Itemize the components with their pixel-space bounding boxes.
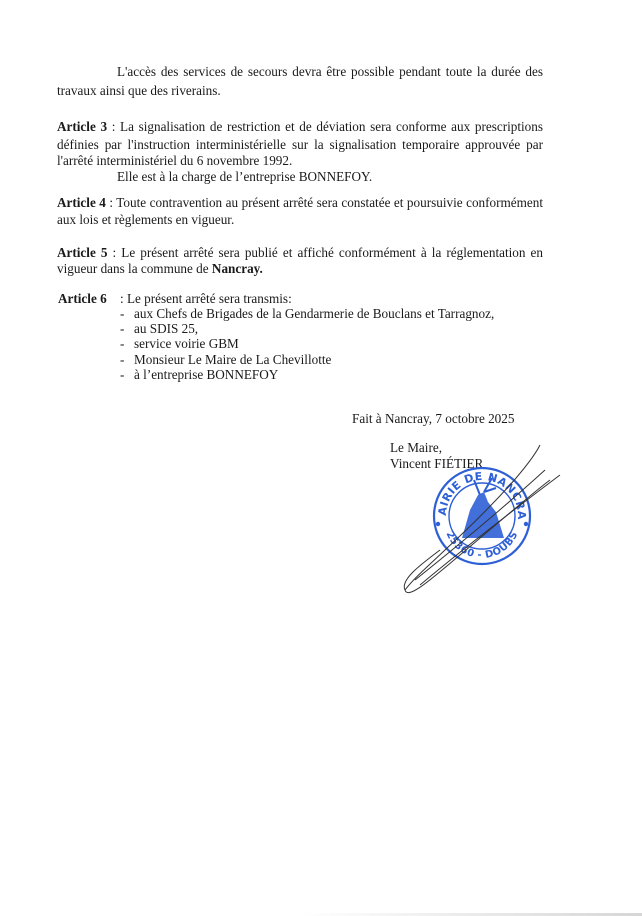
article-3-line-2: définies par l'instruction interministér… xyxy=(57,137,543,153)
article-4-label: Article 4 xyxy=(57,195,106,210)
article-6-intro: : Le présent arrêté sera transmis: xyxy=(120,291,292,307)
article-5-line-2: vigueur dans la commune de Nancray. xyxy=(57,261,263,277)
recipient-text: Monsieur Le Maire de La Chevillotte xyxy=(134,352,331,367)
recipient-item: -Monsieur Le Maire de La Chevillotte xyxy=(120,352,331,368)
intro-line-1: L'accès des services de secours devra êt… xyxy=(117,64,543,80)
article-5-line-1: Article 5 : Le présent arrêté sera publi… xyxy=(57,245,543,261)
official-stamp: MAIRIE DE NANCRAY 25360 - DOUBS xyxy=(400,440,570,600)
recipient-item: -à l’entreprise BONNEFOY xyxy=(120,367,278,383)
article-3-line-1: Article 3 : La signalisation de restrict… xyxy=(57,119,543,135)
bullet-dash: - xyxy=(120,367,134,383)
bullet-dash: - xyxy=(120,321,134,337)
article-3-text: : La signalisation de restriction et de … xyxy=(107,119,543,134)
recipient-item: -au SDIS 25, xyxy=(120,321,198,337)
article-3-label: Article 3 xyxy=(57,119,107,134)
article-3-line-3: l'arrêté interministériel du 6 novembre … xyxy=(57,153,292,169)
recipient-text: service voirie GBM xyxy=(134,336,239,351)
recipient-item: -service voirie GBM xyxy=(120,336,239,352)
article-3-line-4: Elle est à la charge de l’entreprise BON… xyxy=(117,169,372,185)
intro-line-2: travaux ainsi que des riverains. xyxy=(57,83,221,99)
svg-text:MAIRIE DE NANCRAY: MAIRIE DE NANCRAY xyxy=(400,440,528,520)
bullet-dash: - xyxy=(120,336,134,352)
article-5-label: Article 5 xyxy=(57,245,107,260)
article-4-line-2: aux lois et règlements en vigueur. xyxy=(57,212,234,228)
stamp-seal-icon: MAIRIE DE NANCRAY 25360 - DOUBS xyxy=(400,440,530,564)
article-5-text: : Le présent arrêté sera publié et affic… xyxy=(107,245,543,260)
place-date: Fait à Nancray, 7 octobre 2025 xyxy=(352,411,514,427)
bullet-dash: - xyxy=(120,306,134,322)
bullet-dash: - xyxy=(120,352,134,368)
article-4-text: : Toute contravention au présent arrêté … xyxy=(106,195,543,210)
recipient-item: -aux Chefs de Brigades de la Gendarmerie… xyxy=(120,306,494,322)
commune-name: Nancray. xyxy=(212,261,263,276)
article-4-line-1: Article 4 : Toute contravention au prése… xyxy=(57,195,543,211)
recipient-text: aux Chefs de Brigades de la Gendarmerie … xyxy=(134,306,494,321)
recipient-text: au SDIS 25, xyxy=(134,321,198,336)
article-5-line-2-text: vigueur dans la commune de xyxy=(57,261,212,276)
article-6-label: Article 6 xyxy=(58,291,107,307)
recipient-text: à l’entreprise BONNEFOY xyxy=(134,367,278,382)
